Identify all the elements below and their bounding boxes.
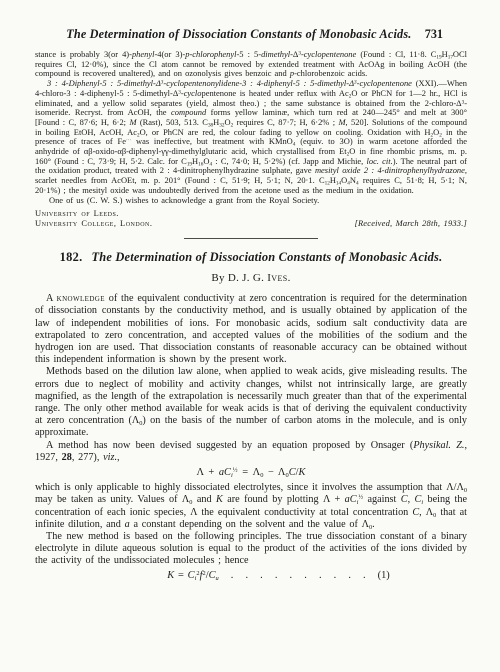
acknowledgement: One of us (C. W. S.) wishes to acknowled… [35,196,467,206]
article-body: A knowledge of the equivalent conductivi… [35,293,467,582]
page-number: 731 [425,27,443,42]
equation-onsager: Λ + aCi½ = Λ0 − Λ0C/K [35,467,467,479]
body-paragraph-3: A method has now been devised suggested … [35,440,467,464]
equation-1-row: K = Ci2f2/Cu . . . . . . . . . . (1) [35,570,467,582]
article-title: The Determination of Dissociation Consta… [92,250,443,264]
article-divider-rule [184,238,318,239]
byline: By D. J. G. Ives. [35,272,467,284]
address-london: University College, London. [35,218,152,228]
experimental-paragraph-1: stance is probably 3(or 4)-phenyl-4(or 3… [35,50,467,79]
address-received-row: University College, London. [Received, M… [35,218,467,229]
running-head-title: The Determination of Dissociation Consta… [63,27,415,42]
body-paragraph-4: which is only applicable to highly disso… [35,482,467,531]
article-182: 182.The Determination of Dissociation Co… [35,250,467,582]
article-heading: 182.The Determination of Dissociation Co… [35,250,467,265]
address-leeds: University of Leeds. [35,208,467,218]
experimental-paragraph-2: 3 : 4-Diphenyl-5 : 5-dimethyl-Δ3-cyclope… [35,79,467,195]
running-head: The Determination of Dissociation Consta… [35,27,467,42]
body-paragraph-2: Methods based on the dilution law alone,… [35,366,467,439]
equation-1-formula: K = Ci2f2/Cu [167,570,219,582]
previous-article-end: stance is probably 3(or 4)-phenyl-4(or 3… [35,50,467,229]
equation-1-number: (1) [378,570,390,582]
journal-page: The Determination of Dissociation Consta… [0,0,500,672]
body-paragraph-5: The new method is based on the following… [35,531,467,568]
body-paragraph-1: A knowledge of the equivalent conductivi… [35,293,467,366]
equation-dot-leaders: . . . . . . . . . . [231,570,367,582]
received-date: [Received, March 28th, 1933.] [354,219,467,229]
article-number: 182. [60,250,83,264]
signature-block: University of Leeds. University College,… [35,208,467,229]
